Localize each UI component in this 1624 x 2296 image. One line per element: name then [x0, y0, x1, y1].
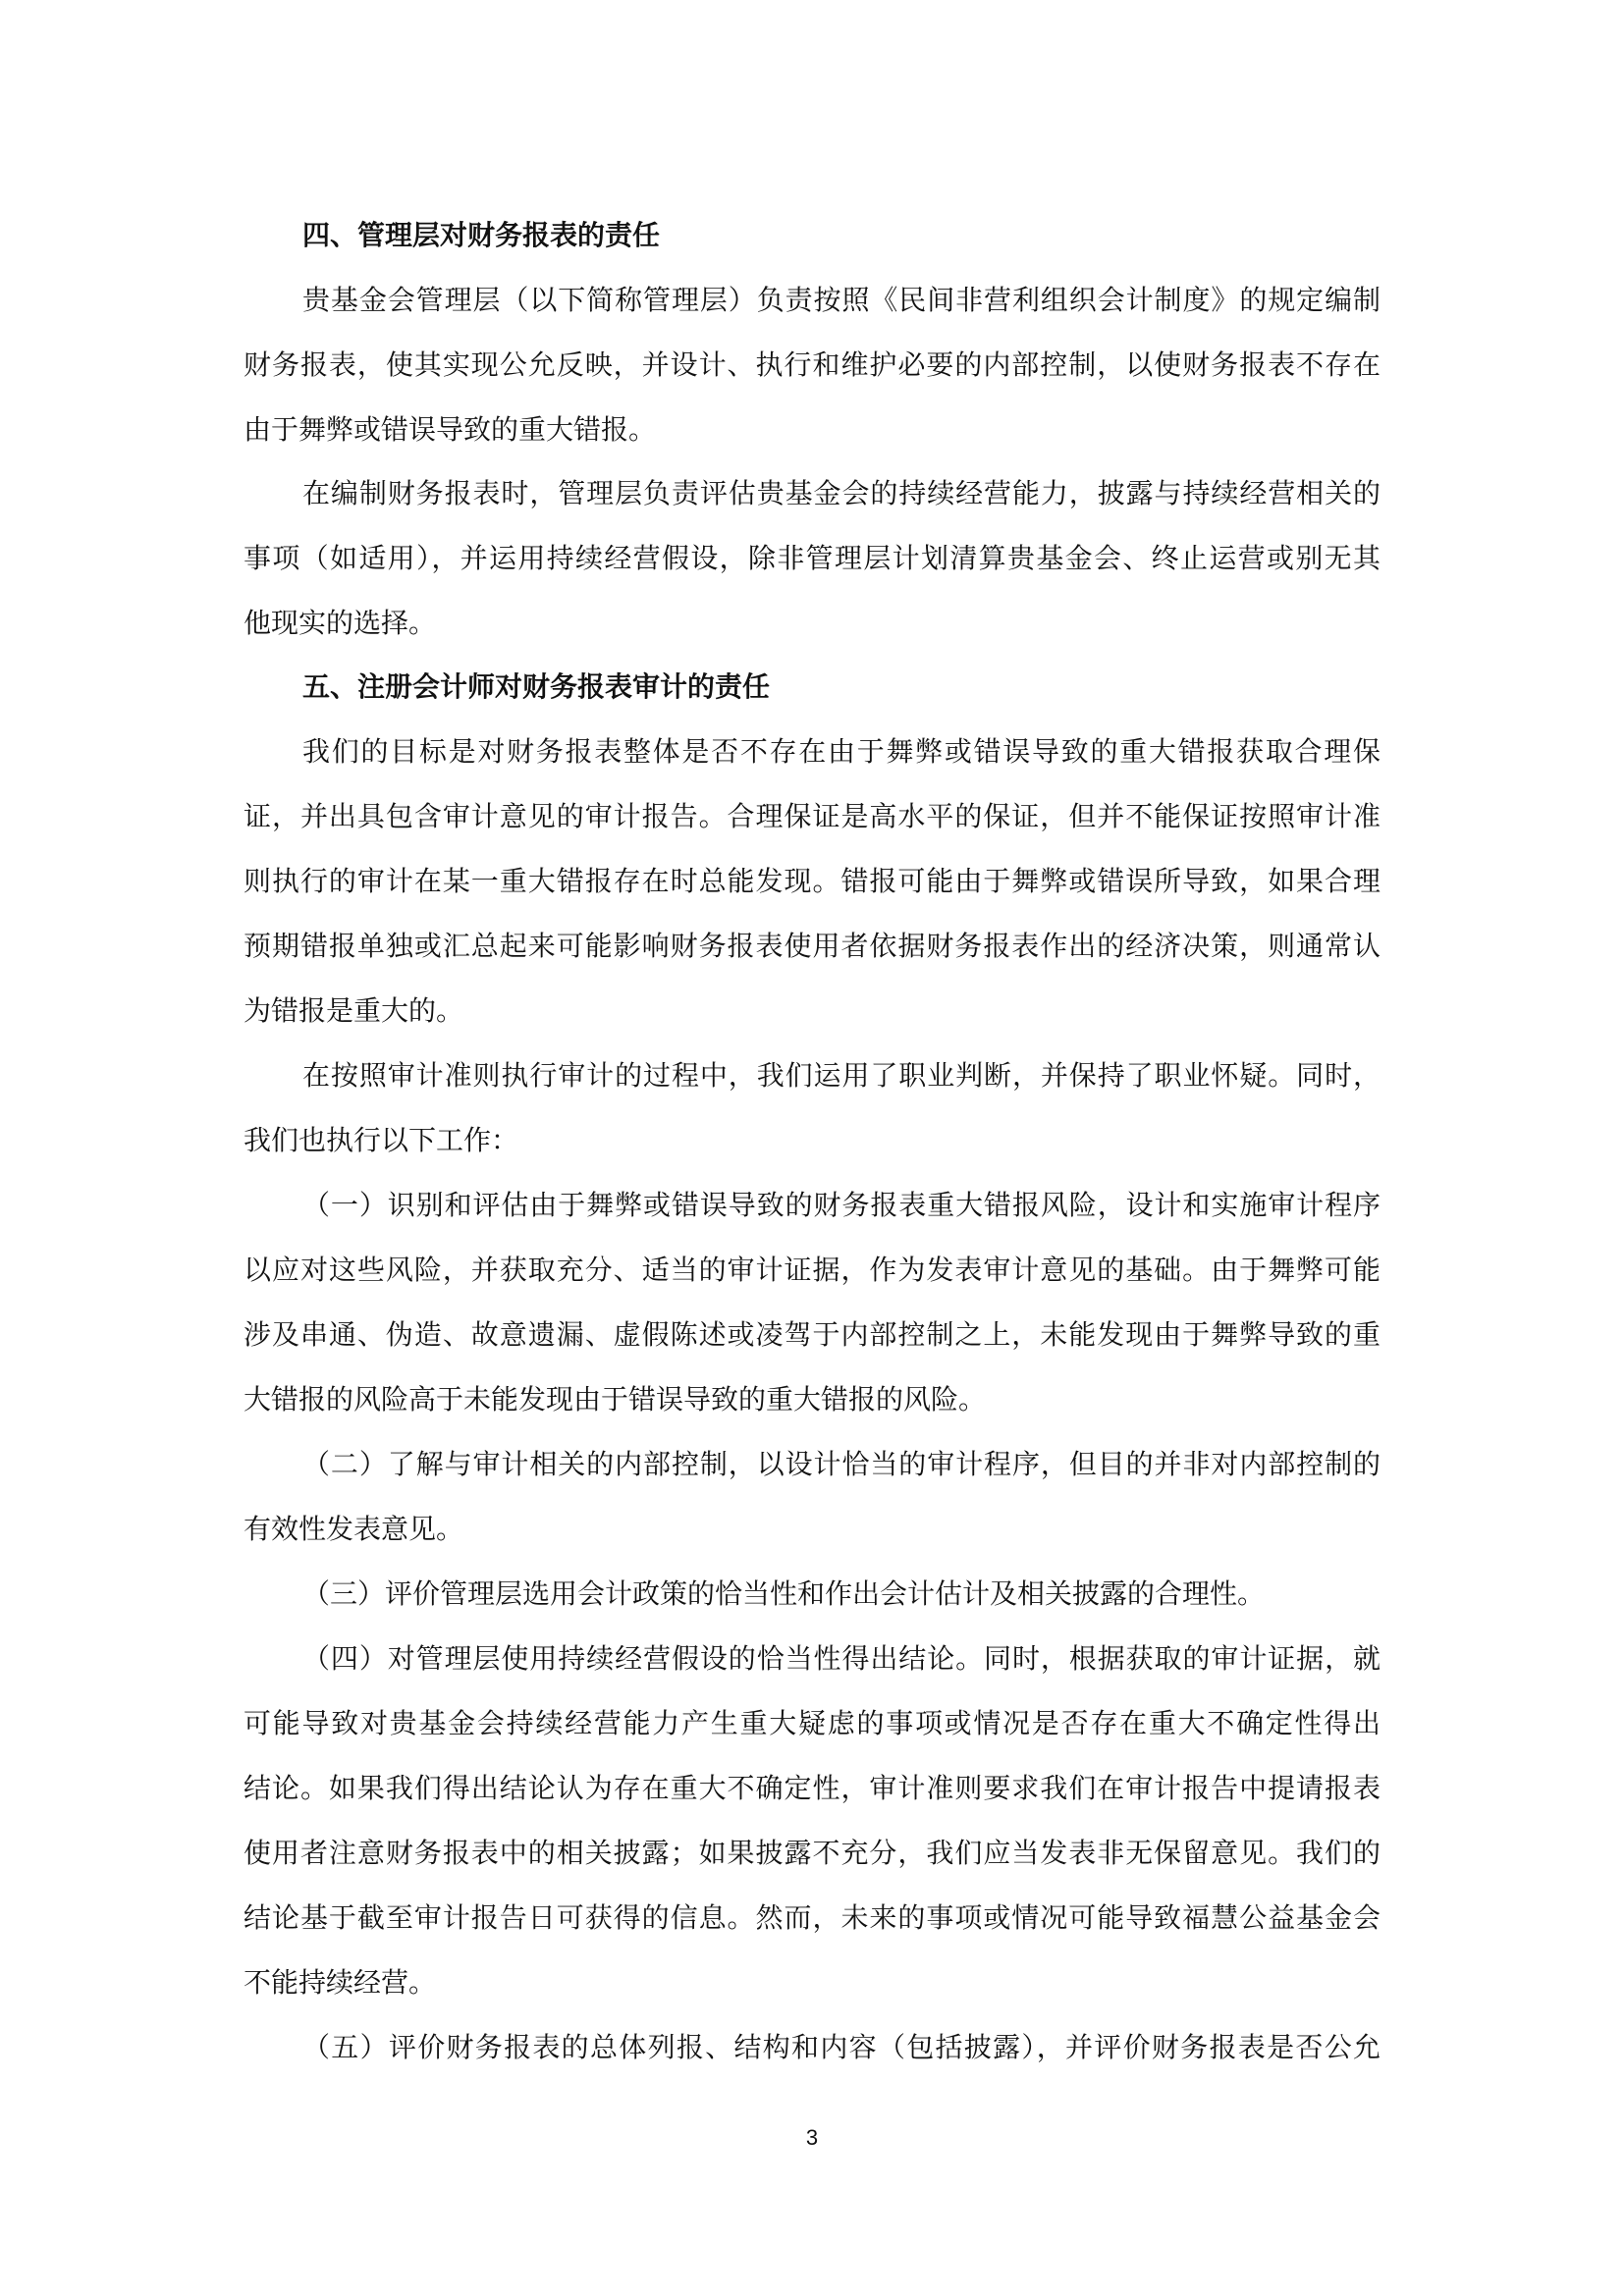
paragraph: 我们的目标是对财务报表整体是否不存在由于舞弊或错误导致的重大错报获取合理保 证，…	[244, 720, 1380, 1043]
paragraph-line: （一）识别和评估由于舞弊或错误导致的财务报表重大错报风险，设计和实施审计程序	[244, 1173, 1380, 1238]
section-heading: 四、管理层对财务报表的责任	[244, 203, 1380, 268]
paragraph-line: （四）对管理层使用持续经营假设的恰当性得出结论。同时，根据获取的审计证据，就	[244, 1627, 1380, 1691]
paragraph: 在编制财务报表时，管理层负责评估贵基金会的持续经营能力，披露与持续经营相关的 事…	[244, 461, 1380, 656]
paragraph-line: 财务报表，使其实现公允反映，并设计、执行和维护必要的内部控制，以使财务报表不存在	[244, 333, 1380, 398]
list-item-4: （四）对管理层使用持续经营假设的恰当性得出结论。同时，根据获取的审计证据，就 可…	[244, 1627, 1380, 2015]
paragraph-line: 则执行的审计在某一重大错报存在时总能发现。错报可能由于舞弊或错误所导致，如果合理	[244, 849, 1380, 914]
list-item-1: （一）识别和评估由于舞弊或错误导致的财务报表重大错报风险，设计和实施审计程序 以…	[244, 1173, 1380, 1432]
paragraph-line: 以应对这些风险，并获取充分、适当的审计证据，作为发表审计意见的基础。由于舞弊可能	[244, 1238, 1380, 1303]
list-item-3: （三）评价管理层选用会计政策的恰当性和作出会计估计及相关披露的合理性。	[244, 1562, 1380, 1627]
section-5: 五、注册会计师对财务报表审计的责任	[244, 655, 1380, 720]
list-item-2: （二）了解与审计相关的内部控制，以设计恰当的审计程序，但目的并非对内部控制的 有…	[244, 1432, 1380, 1562]
section-4: 四、管理层对财务报表的责任	[244, 203, 1380, 268]
paragraph-line: 在编制财务报表时，管理层负责评估贵基金会的持续经营能力，披露与持续经营相关的	[244, 461, 1380, 526]
paragraph-line: 为错报是重大的。	[244, 979, 1380, 1043]
paragraph-line: 有效性发表意见。	[244, 1497, 1380, 1562]
list-item-5: （五）评价财务报表的总体列报、结构和内容（包括披露），并评价财务报表是否公允	[244, 2015, 1380, 2080]
paragraph-line: 预期错报单独或汇总起来可能影响财务报表使用者依据财务报表作出的经济决策，则通常认	[244, 914, 1380, 979]
paragraph-line: 结论。如果我们得出结论认为存在重大不确定性，审计准则要求我们在审计报告中提请报表	[244, 1756, 1380, 1821]
paragraph-line: （五）评价财务报表的总体列报、结构和内容（包括披露），并评价财务报表是否公允	[244, 2015, 1380, 2080]
paragraph: 在按照审计准则执行审计的过程中，我们运用了职业判断，并保持了职业怀疑。同时， 我…	[244, 1043, 1380, 1173]
paragraph-line: 他现实的选择。	[244, 591, 1380, 656]
paragraph-line: 可能导致对贵基金会持续经营能力产生重大疑虑的事项或情况是否存在重大不确定性得出	[244, 1691, 1380, 1756]
paragraph-line: 事项（如适用），并运用持续经营假设，除非管理层计划清算贵基金会、终止运营或别无其	[244, 526, 1380, 591]
paragraph-line: 由于舞弊或错误导致的重大错报。	[244, 398, 1380, 462]
paragraph-line: 贵基金会管理层（以下简称管理层）负责按照《民间非营利组织会计制度》的规定编制	[244, 268, 1380, 333]
paragraph-line: 我们的目标是对财务报表整体是否不存在由于舞弊或错误导致的重大错报获取合理保	[244, 720, 1380, 784]
paragraph-line: 在按照审计准则执行审计的过程中，我们运用了职业判断，并保持了职业怀疑。同时，	[244, 1043, 1380, 1108]
paragraph-line: （二）了解与审计相关的内部控制，以设计恰当的审计程序，但目的并非对内部控制的	[244, 1432, 1380, 1497]
page-number: 3	[0, 2125, 1624, 2151]
paragraph-line: 不能持续经营。	[244, 1950, 1380, 2015]
paragraph-line: 我们也执行以下工作：	[244, 1108, 1380, 1173]
paragraph-line: 结论基于截至审计报告日可获得的信息。然而，未来的事项或情况可能导致福慧公益基金会	[244, 1886, 1380, 1950]
document-page: 四、管理层对财务报表的责任 贵基金会管理层（以下简称管理层）负责按照《民间非营利…	[0, 0, 1624, 2296]
paragraph-line: 证，并出具包含审计意见的审计报告。合理保证是高水平的保证，但并不能保证按照审计准	[244, 784, 1380, 849]
paragraph-line: 涉及串通、伪造、故意遗漏、虚假陈述或凌驾于内部控制之上，未能发现由于舞弊导致的重	[244, 1303, 1380, 1367]
paragraph: 贵基金会管理层（以下简称管理层）负责按照《民间非营利组织会计制度》的规定编制 财…	[244, 268, 1380, 462]
section-heading: 五、注册会计师对财务报表审计的责任	[244, 655, 1380, 720]
paragraph-line: （三）评价管理层选用会计政策的恰当性和作出会计估计及相关披露的合理性。	[244, 1562, 1380, 1627]
paragraph-line: 使用者注意财务报表中的相关披露；如果披露不充分，我们应当发表非无保留意见。我们的	[244, 1821, 1380, 1886]
paragraph-line: 大错报的风险高于未能发现由于错误导致的重大错报的风险。	[244, 1367, 1380, 1432]
